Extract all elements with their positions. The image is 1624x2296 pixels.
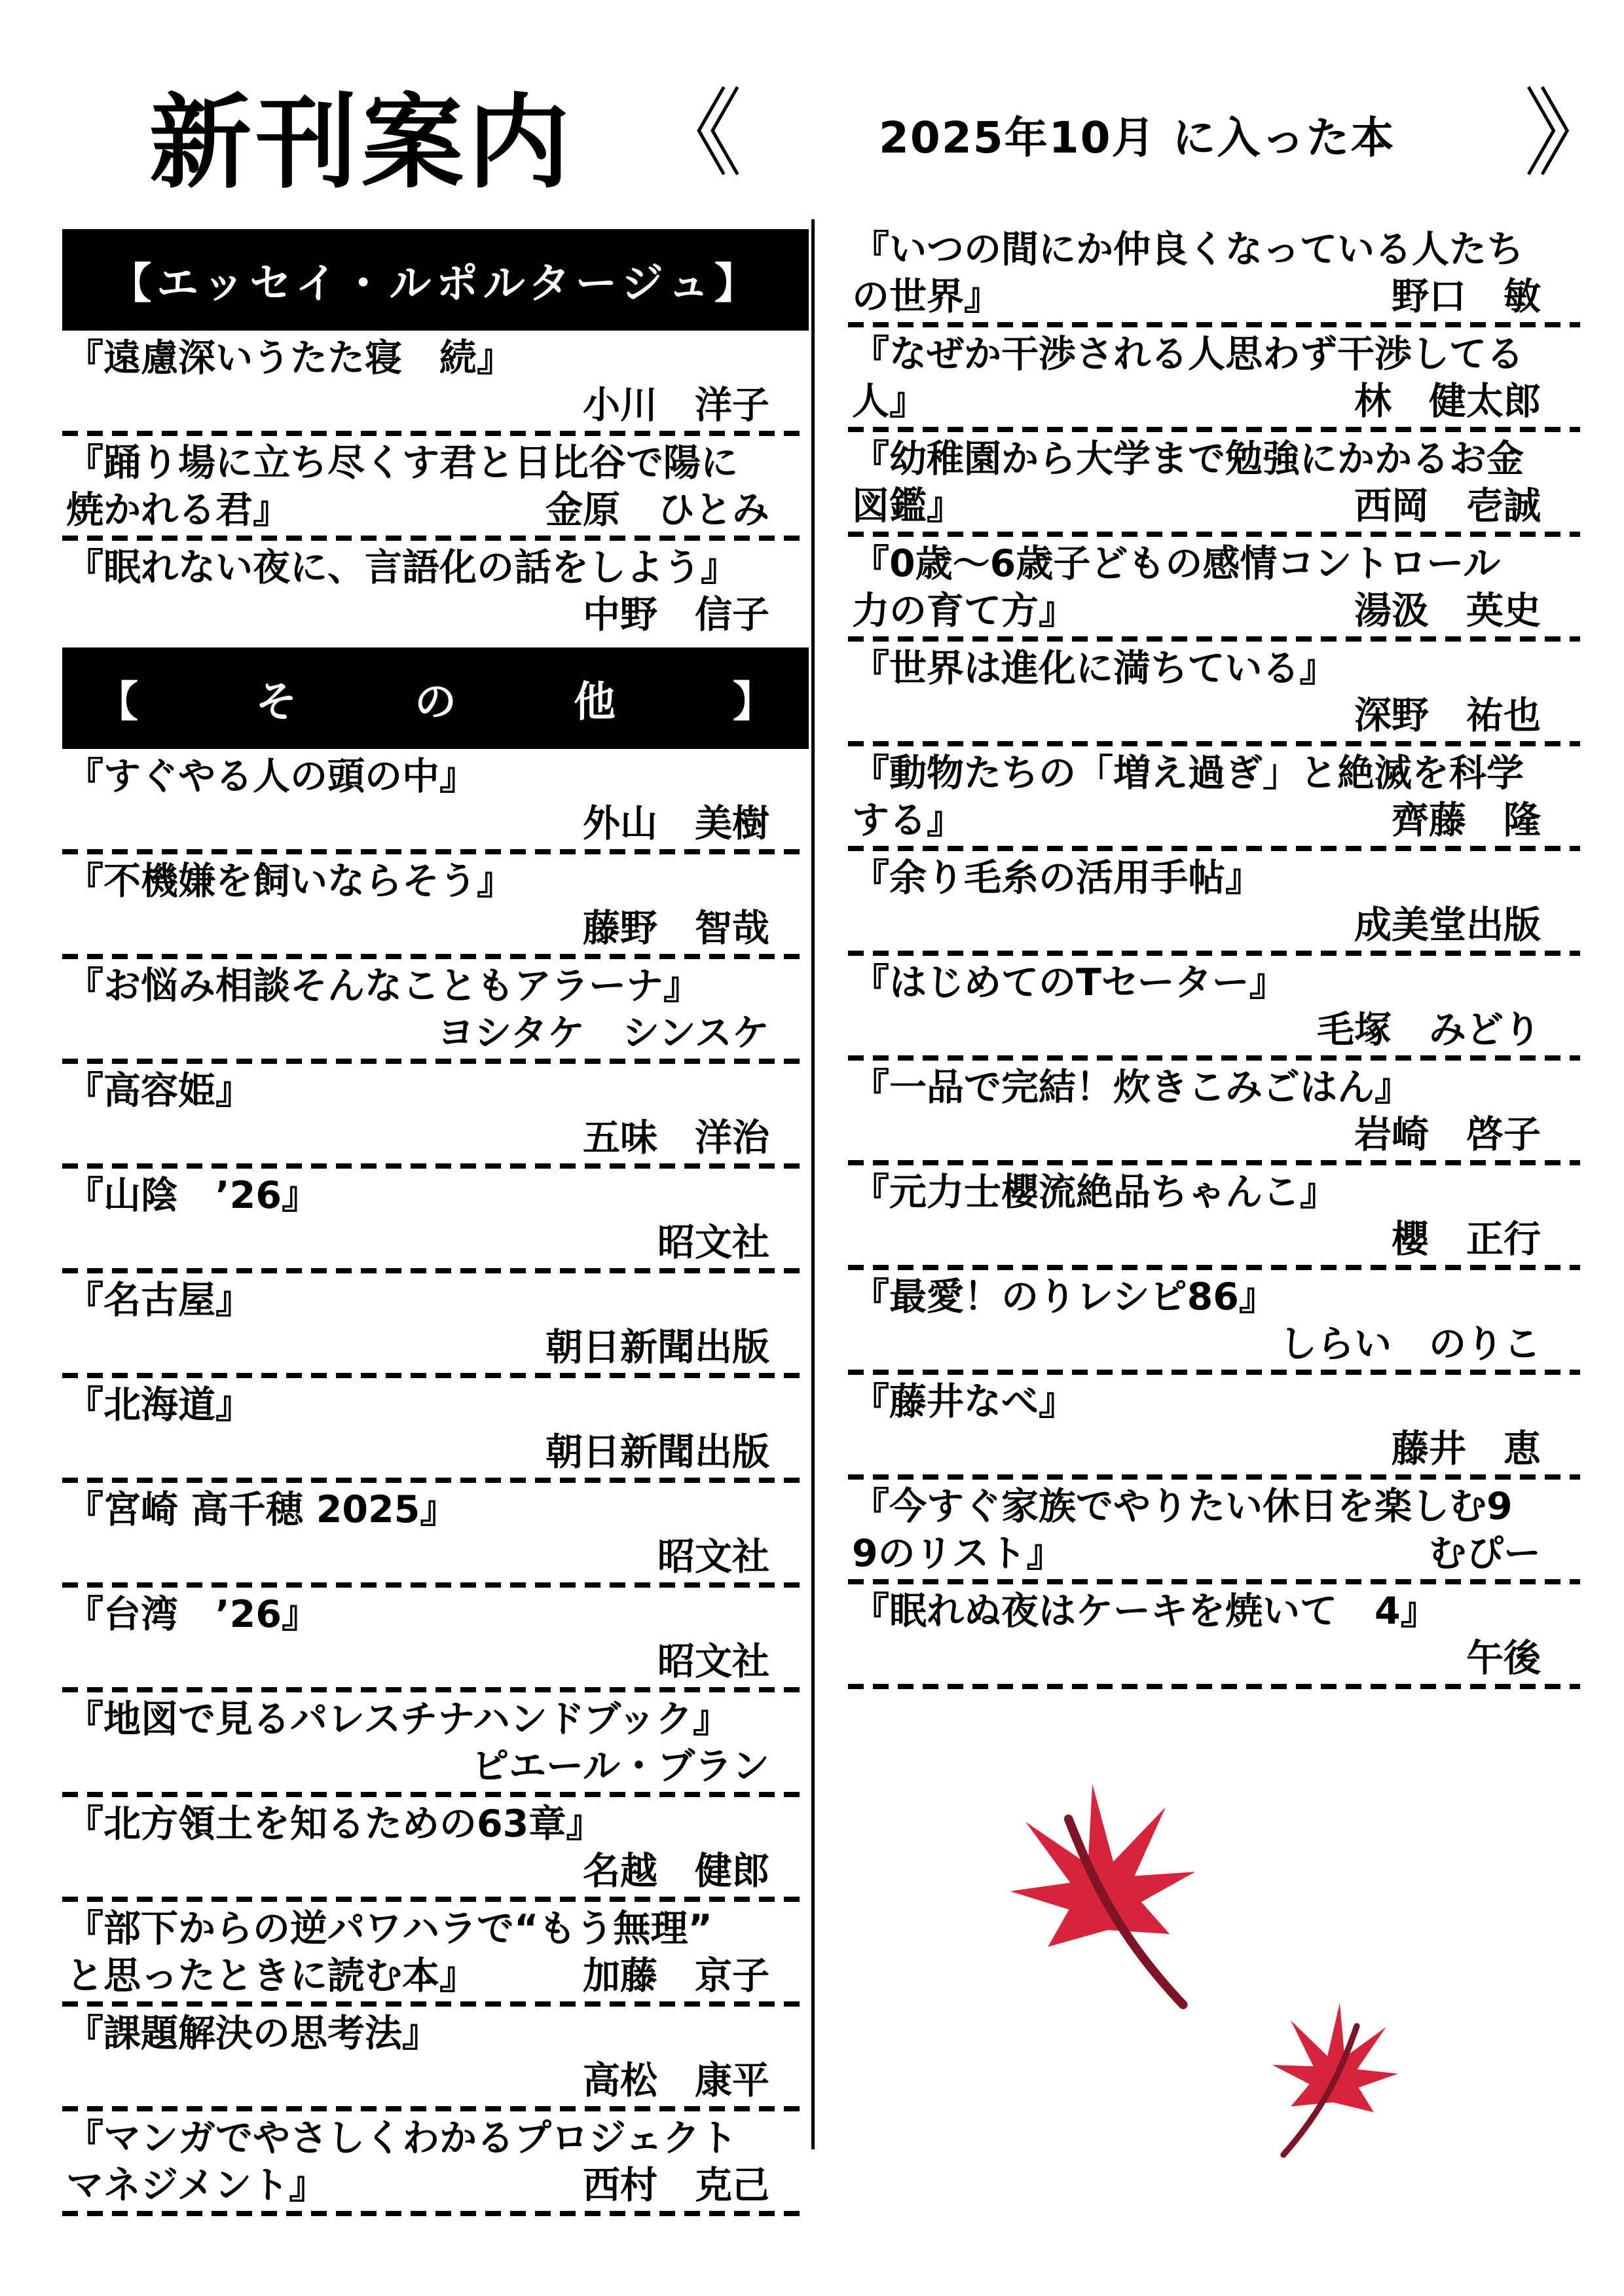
book-entry: 『眠れぬ夜はケーキを焼いて 4』午後 [848, 1588, 1580, 1689]
book-title: 『名古屋』 [62, 1277, 809, 1324]
book-entry: 『マンガでやさしくわかるプロジェクトマネジメント』西村 克己 [62, 2115, 809, 2216]
book-title: 『眠れぬ夜はケーキを焼いて 4』 [848, 1588, 1580, 1635]
dashed-separator [62, 1897, 809, 1902]
book-author: 岩崎 啓子 [848, 1111, 1580, 1158]
dashed-separator [848, 846, 1580, 851]
book-entry: 『元力士櫻流絶品ちゃんこ』櫻 正行 [848, 1169, 1580, 1270]
book-entry: 『踊り場に立ち尽くす君と日比谷で陽に焼かれる君』金原 ひとみ [62, 439, 809, 541]
book-entry: 『課題解決の思考法』高松 康平 [62, 2010, 809, 2111]
book-title-author-row: する』齊藤 隆 [848, 797, 1580, 844]
dashed-separator [848, 1055, 1580, 1061]
book-title-continued: マネジメント』 [66, 2162, 326, 2209]
dashed-separator [62, 431, 809, 436]
book-title: 『踊り場に立ち尽くす君と日比谷で陽に [62, 439, 809, 486]
book-title: 『すぐやる人の頭の中』 [62, 753, 809, 800]
book-author: ピエール・ブラン [62, 1743, 809, 1790]
dashed-separator [848, 427, 1580, 432]
dashed-separator [848, 951, 1580, 956]
book-title: 『今すぐ家族でやりたい休日を楽しむ9 [848, 1483, 1580, 1530]
dashed-separator [62, 1687, 809, 1692]
book-author: ヨシタケ シンスケ [62, 1010, 809, 1057]
book-title: 『眠れない夜に、言語化の話をしよう』 [62, 544, 809, 591]
book-title-author-row: 力の育て方』湯汲 英史 [848, 587, 1580, 634]
book-title: 『なぜか干渉される人思わず干渉してる [848, 331, 1580, 378]
book-entry: 『一品で完結！炊きこみごはん』岩崎 啓子 [848, 1064, 1580, 1165]
book-entry: 『眠れない夜に、言語化の話をしよう』中野 信子 [62, 544, 809, 638]
section-banner-char: 【 [96, 668, 138, 729]
book-author: 朝日新聞出版 [62, 1429, 809, 1476]
book-title-author-row: 9のリスト』むぴー [848, 1530, 1580, 1577]
book-author: 高松 康平 [62, 2057, 809, 2104]
book-author: 林 健太郎 [1354, 378, 1541, 425]
book-author: 加藤 京子 [583, 1952, 769, 1999]
section-banner-char: そ [255, 668, 297, 729]
header: 新刊案内 《 2025年10月 に入った本 》 [149, 60, 1619, 208]
book-author: 外山 美樹 [62, 800, 809, 847]
book-title-author-row: 図鑑』西岡 壱誠 [848, 483, 1580, 530]
book-author: 湯汲 英史 [1354, 587, 1541, 634]
book-title: 『はじめてのTセーター』 [848, 959, 1580, 1006]
book-entry: 『なぜか干渉される人思わず干渉してる人』林 健太郎 [848, 331, 1580, 432]
dashed-separator [848, 322, 1580, 327]
book-title-author-row: の世界』野口 敏 [848, 273, 1580, 320]
dashed-separator [62, 2001, 809, 2007]
dashed-separator [62, 1059, 809, 1064]
section-banner: 【エッセイ・ルポルタージュ】 [62, 229, 809, 331]
dashed-separator [848, 636, 1580, 642]
dashed-separator [62, 1792, 809, 1797]
book-title: 『元力士櫻流絶品ちゃんこ』 [848, 1169, 1580, 1216]
dashed-separator [62, 2211, 809, 2216]
dashed-separator [62, 954, 809, 959]
book-title-continued: 力の育て方』 [852, 587, 1076, 634]
book-author: 西岡 壱誠 [1354, 483, 1541, 530]
dashed-separator [62, 536, 809, 541]
dashed-separator [848, 1684, 1580, 1689]
book-entry: 『最愛！のりレシピ86』しらい のりこ [848, 1273, 1580, 1375]
book-entry: 『地図で見るパレスチナハンドブック』ピエール・ブラン [62, 1696, 809, 1797]
book-author: 名越 健郎 [62, 1848, 809, 1895]
book-title: 『部下からの逆パワハラで“もう無理” [62, 1905, 809, 1952]
book-entry: 『今すぐ家族でやりたい休日を楽しむ99のリスト』むぴー [848, 1483, 1580, 1584]
book-title-continued: 図鑑』 [852, 483, 964, 530]
section-banner-char: 他 [574, 668, 616, 729]
book-author: 五味 洋治 [62, 1114, 809, 1161]
book-author: 櫻 正行 [848, 1216, 1580, 1263]
column-divider [811, 219, 815, 2149]
book-entry: 『0歳～6歳子どもの感情コントロール力の育て方』湯汲 英史 [848, 540, 1580, 642]
book-title: 『課題解決の思考法』 [62, 2010, 809, 2057]
book-title-author-row: と思ったときに読む本』加藤 京子 [62, 1952, 809, 1999]
book-title: 『不機嫌を飼いならそう』 [62, 858, 809, 905]
dashed-separator [848, 532, 1580, 537]
book-title: 『幼稚園から大学まで勉強にかかるお金 [848, 435, 1580, 483]
open-double-angle-bracket: 《 [647, 86, 743, 182]
page-title: 新刊案内 [149, 60, 574, 208]
book-entry: 『北方領土を知るための63章』名越 健郎 [62, 1800, 809, 1902]
book-entry: 『北海道』朝日新聞出版 [62, 1381, 809, 1483]
right-book-column: 『いつの間にか仲良くなっている人たちの世界』野口 敏『なぜか干渉される人思わず干… [848, 226, 1580, 1692]
dashed-separator [62, 1268, 809, 1273]
book-title: 『宮崎 高千穂 2025』 [62, 1486, 809, 1533]
book-title-author-row: 焼かれる君』金原 ひとみ [62, 486, 809, 534]
book-entry: 『不機嫌を飼いならそう』藤野 智哉 [62, 858, 809, 959]
book-author: 小川 洋子 [62, 382, 809, 429]
book-author: 金原 ひとみ [545, 486, 769, 534]
book-entry: 『はじめてのTセーター』毛塚 みどり [848, 959, 1580, 1061]
new-books-notice-page: 新刊案内 《 2025年10月 に入った本 》 【エッセイ・ルポルタージュ】『遠… [0, 0, 1624, 2296]
book-title-author-row: 人』林 健太郎 [848, 378, 1580, 425]
book-entry: 『名古屋』朝日新聞出版 [62, 1277, 809, 1378]
book-entry: 『余り毛糸の活用手帖』成美堂出版 [848, 854, 1580, 956]
book-entry: 『山陰 ’26』昭文社 [62, 1172, 809, 1273]
book-author: 午後 [848, 1635, 1580, 1682]
left-book-column: 【エッセイ・ルポルタージュ】『遠慮深いうたた寝 続』小川 洋子『踊り場に立ち尽く… [62, 229, 809, 2219]
close-double-angle-bracket: 》 [1524, 86, 1619, 182]
dashed-separator [62, 1163, 809, 1169]
maple-leaf-icon [967, 1751, 1244, 2064]
book-entry: 『世界は進化に満ちている』深野 祐也 [848, 645, 1580, 746]
book-entry: 『高容姫』五味 洋治 [62, 1067, 809, 1169]
book-entry: 『台湾 ’26』昭文社 [62, 1591, 809, 1692]
book-title: 『地図で見るパレスチナハンドブック』 [62, 1696, 809, 1743]
book-author: 毛塚 みどり [848, 1006, 1580, 1053]
dashed-separator [848, 1579, 1580, 1584]
book-title-continued: 人』 [852, 378, 927, 425]
book-author: しらい のりこ [848, 1321, 1580, 1368]
maple-leaf-icon [1243, 1983, 1425, 2191]
book-title: 『一品で完結！炊きこみごはん』 [848, 1064, 1580, 1111]
dashed-separator [848, 1370, 1580, 1375]
dashed-separator [62, 849, 809, 854]
book-entry: 『遠慮深いうたた寝 続』小川 洋子 [62, 335, 809, 436]
book-title-continued: する』 [852, 797, 964, 844]
section-banner: 【その他】 [62, 647, 809, 749]
book-entry: 『幼稚園から大学まで勉強にかかるお金図鑑』西岡 壱誠 [848, 435, 1580, 537]
book-author: 中野 信子 [62, 591, 809, 638]
book-title: 『北海道』 [62, 1381, 809, 1429]
dashed-separator [848, 1160, 1580, 1165]
book-entry: 『いつの間にか仲良くなっている人たちの世界』野口 敏 [848, 226, 1580, 327]
book-title-continued: 9のリスト』 [852, 1530, 1064, 1577]
book-title: 『お悩み相談そんなこともアラーナ』 [62, 962, 809, 1010]
book-author: 藤野 智哉 [62, 905, 809, 952]
book-title: 『高容姫』 [62, 1067, 809, 1114]
book-entry: 『宮崎 高千穂 2025』昭文社 [62, 1486, 809, 1588]
dashed-separator [848, 741, 1580, 746]
dashed-separator [848, 1474, 1580, 1480]
book-title: 『遠慮深いうたた寝 続』 [62, 335, 809, 382]
dashed-separator [62, 1582, 809, 1588]
section-banner-char: の [415, 668, 456, 729]
book-title: 『藤井なべ』 [848, 1378, 1580, 1425]
dashed-separator [62, 1373, 809, 1378]
dashed-separator [848, 1265, 1580, 1270]
book-title-author-row: マネジメント』西村 克己 [62, 2162, 809, 2209]
book-entry: 『動物たちの「増え過ぎ」と絶滅を科学する』齊藤 隆 [848, 750, 1580, 851]
book-author: 野口 敏 [1392, 273, 1541, 320]
book-title: 『台湾 ’26』 [62, 1591, 809, 1638]
book-author: 成美堂出版 [848, 902, 1580, 949]
book-author: 朝日新聞出版 [62, 1324, 809, 1371]
book-title: 『余り毛糸の活用手帖』 [848, 854, 1580, 902]
book-author: 深野 祐也 [848, 692, 1580, 739]
book-author: 昭文社 [62, 1638, 809, 1685]
page-subtitle: 2025年10月 に入った本 [879, 103, 1395, 165]
book-entry: 『部下からの逆パワハラで“もう無理”と思ったときに読む本』加藤 京子 [62, 1905, 809, 2007]
book-title-continued: と思ったときに読む本』 [66, 1952, 477, 1999]
dashed-separator [62, 2106, 809, 2111]
book-title: 『0歳～6歳子どもの感情コントロール [848, 540, 1580, 587]
book-title: 『山陰 ’26』 [62, 1172, 809, 1219]
book-author: 藤井 恵 [848, 1425, 1580, 1472]
book-entry: 『藤井なべ』藤井 恵 [848, 1378, 1580, 1480]
book-title: 『最愛！のりレシピ86』 [848, 1273, 1580, 1321]
book-entry: 『すぐやる人の頭の中』外山 美樹 [62, 753, 809, 854]
book-author: 昭文社 [62, 1219, 809, 1266]
book-author: 西村 克己 [583, 2162, 769, 2209]
book-author: 齊藤 隆 [1392, 797, 1541, 844]
book-title: 『いつの間にか仲良くなっている人たち [848, 226, 1580, 273]
book-title: 『動物たちの「増え過ぎ」と絶滅を科学 [848, 750, 1580, 797]
book-author: むぴー [1429, 1530, 1541, 1577]
book-author: 昭文社 [62, 1533, 809, 1580]
dashed-separator [62, 1478, 809, 1483]
book-title: 『北方領土を知るための63章』 [62, 1800, 809, 1848]
book-entry: 『お悩み相談そんなこともアラーナ』ヨシタケ シンスケ [62, 962, 809, 1064]
book-title-continued: の世界』 [852, 273, 1001, 320]
book-title: 『マンガでやさしくわかるプロジェクト [62, 2115, 809, 2162]
book-title-continued: 焼かれる君』 [66, 486, 290, 534]
section-banner-char: 】 [733, 668, 775, 729]
book-title: 『世界は進化に満ちている』 [848, 645, 1580, 692]
